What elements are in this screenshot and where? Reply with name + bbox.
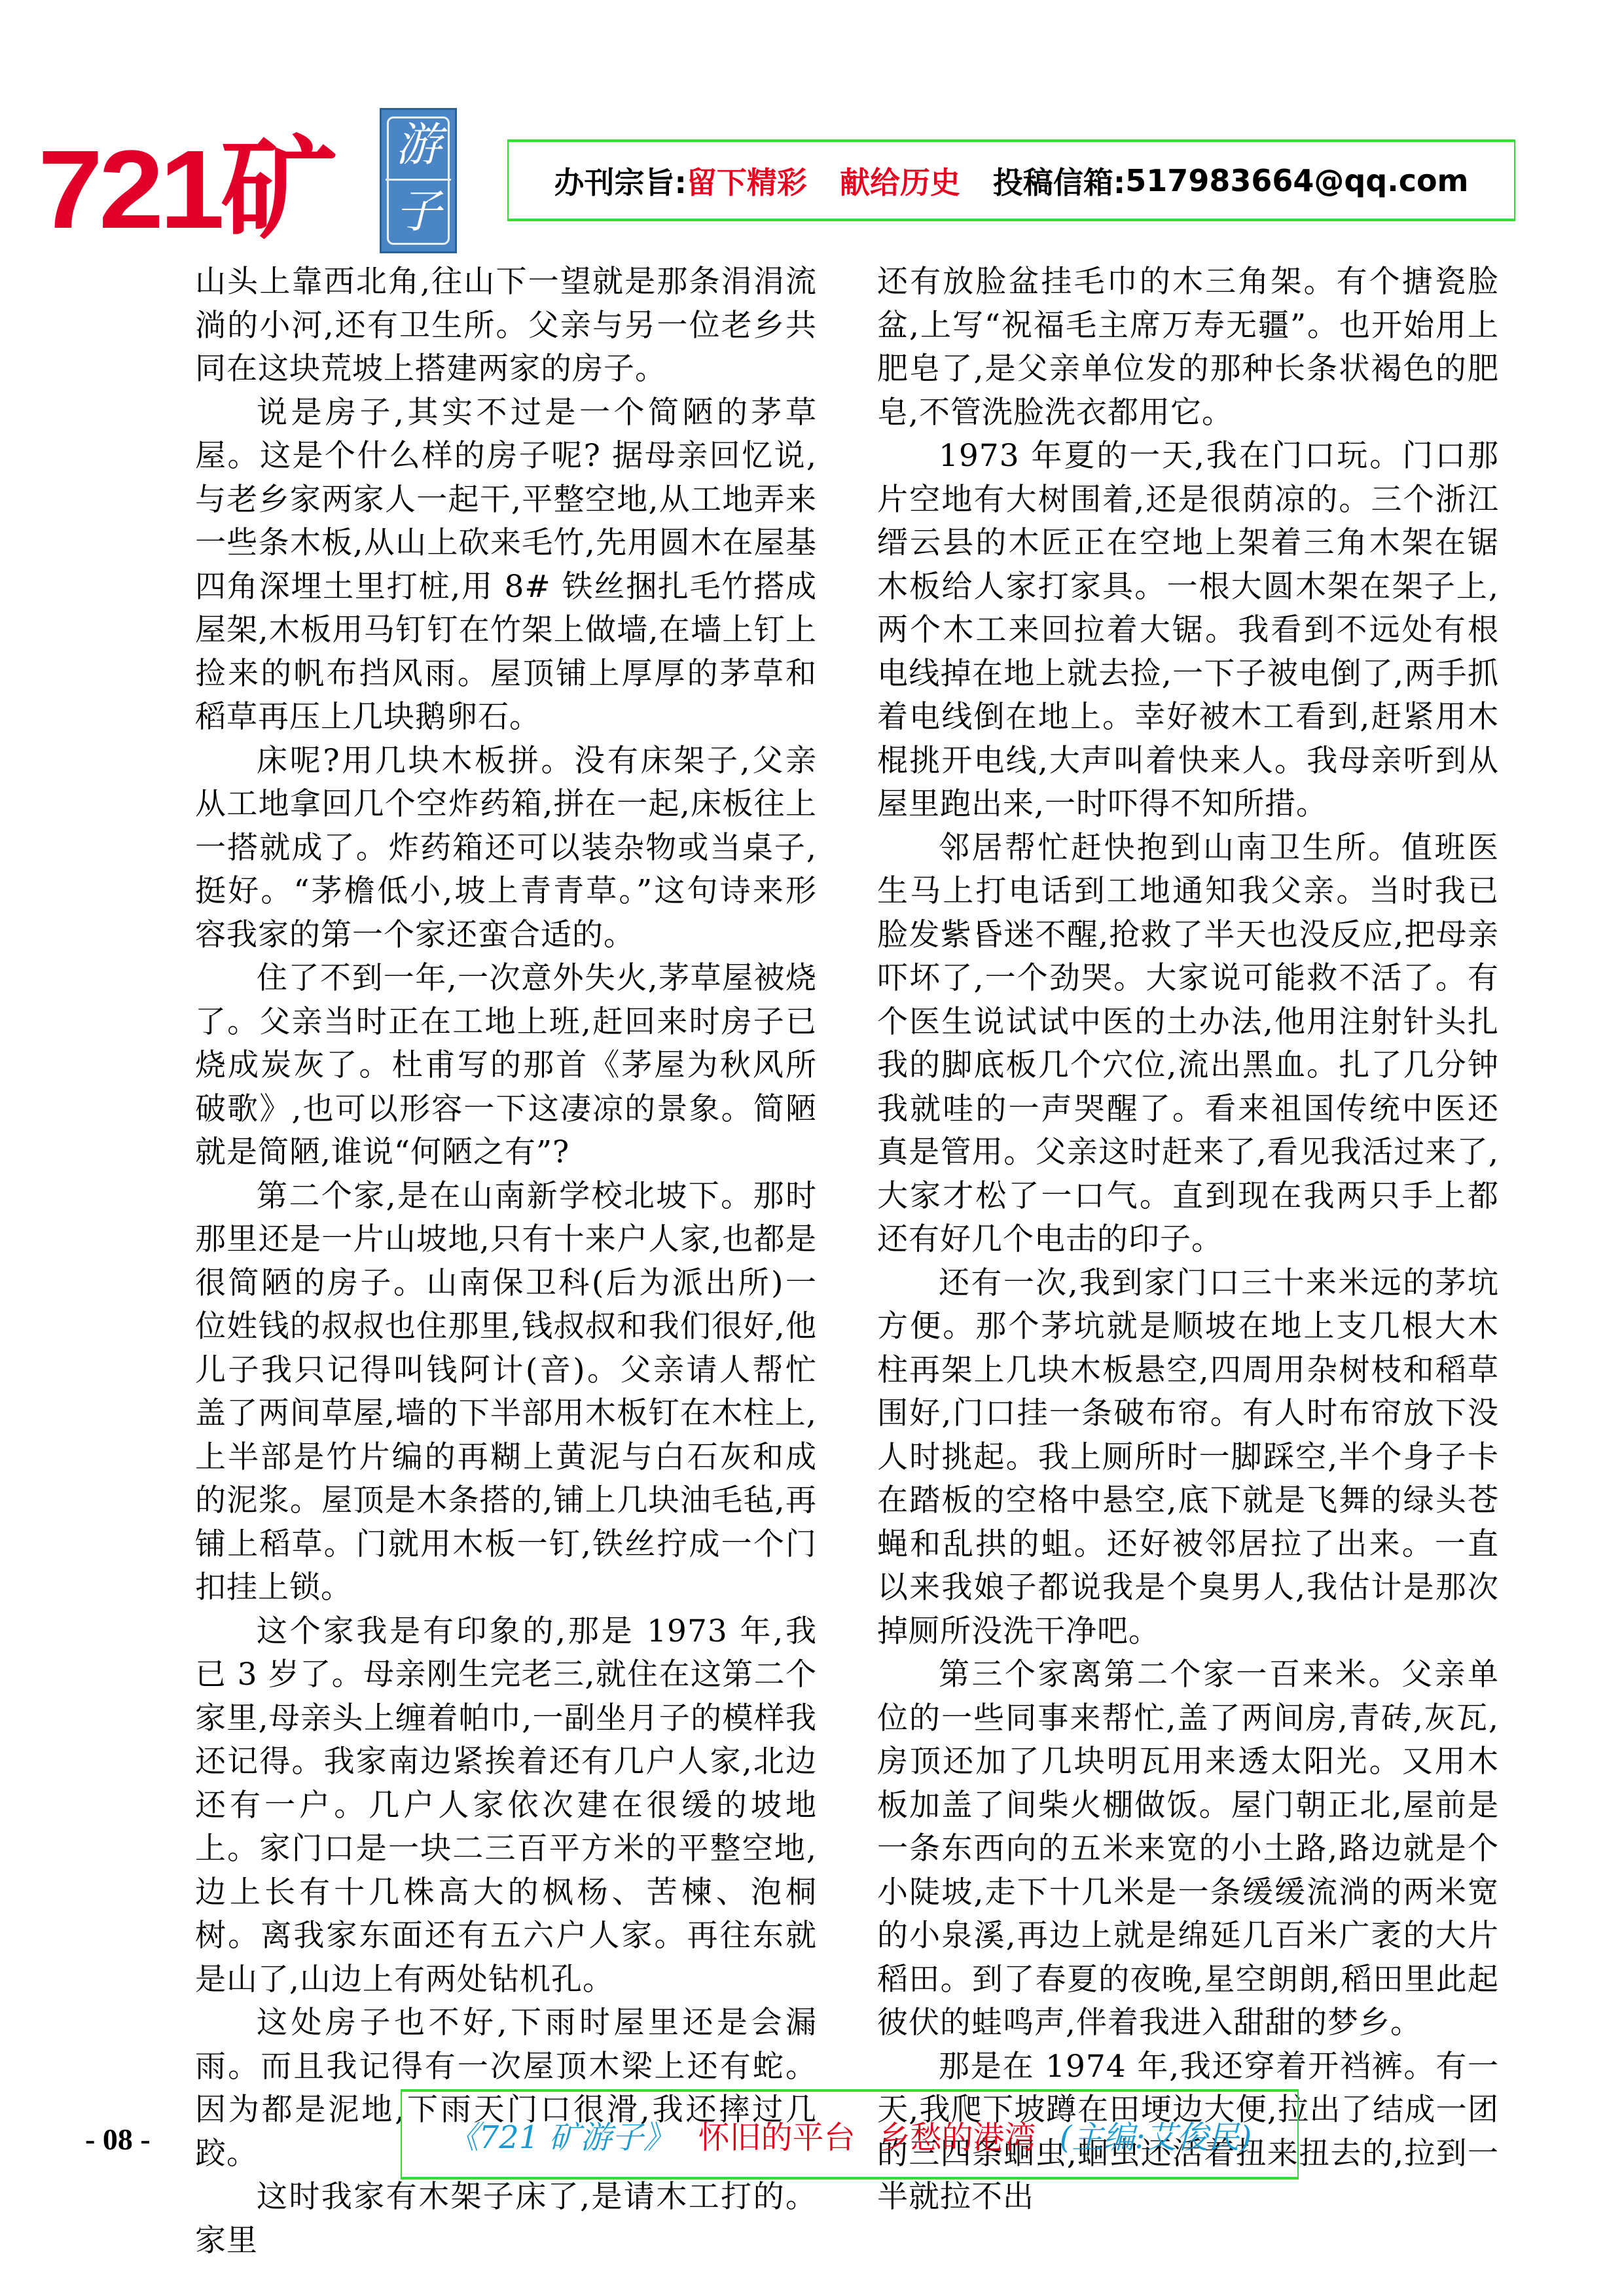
motto-label: 办刊宗旨:	[554, 159, 686, 202]
article-left-column: 山头上靠西北角,往山下一望就是那条涓涓流淌的小河,还有卫生所。父亲与另一位老乡共…	[195, 260, 817, 2263]
article-right-column: 还有放脸盆挂毛巾的木三角架。有个搪瓷脸盆,上写“祝福毛主席万寿无疆”。也开始用上…	[877, 260, 1499, 2219]
paragraph: 还有放脸盆挂毛巾的木三角架。有个搪瓷脸盆,上写“祝福毛主席万寿无疆”。也开始用上…	[877, 260, 1499, 435]
paragraph: 床呢?用几块木板拼。没有床架子,父亲从工地拿回几个空炸药箱,拼在一起,床板往上一…	[195, 740, 817, 958]
motto-part2: 献给历史	[840, 159, 960, 202]
footer-slogan-1: 怀旧的平台	[698, 2112, 856, 2157]
paragraph: 住了不到一年,一次意外失火,茅草屋被烧了。父亲当时正在工地上班,赶回来时房子已烧…	[195, 957, 817, 1175]
magazine-logo: 721矿	[38, 134, 333, 245]
header-banner: 办刊宗旨: 留下精彩 献给历史 投稿信箱: 517983664@qq.com	[507, 139, 1515, 221]
footer-title: 《721 矿游子》	[448, 2112, 675, 2157]
motto-part1: 留下精彩	[687, 159, 807, 202]
paragraph: 山头上靠西北角,往山下一望就是那条涓涓流淌的小河,还有卫生所。父亲与另一位老乡共…	[195, 260, 817, 391]
page-number: - 08 -	[85, 2122, 151, 2157]
paragraph: 1973 年夏的一天,我在门口玩。门口那片空地有大树围着,还是很荫凉的。三个浙江…	[877, 435, 1499, 827]
paragraph: 还有一次,我到家门口三十来米远的茅坑方便。那个茅坑就是顺坡在地上支几根大木柱再架…	[877, 1262, 1499, 1654]
footer-slogan-2: 乡愁的港湾	[879, 2112, 1036, 2157]
email-label: 投稿信箱:	[993, 159, 1125, 202]
footer-editor: (主编:艾俊民)	[1060, 2112, 1252, 2157]
paragraph: 这时我家有木架子床了,是请木工打的。家里	[195, 2176, 817, 2263]
seal-char-top: 游	[382, 115, 455, 174]
paragraph: 第三个家离第二个家一百来米。父亲单位的一些同事来帮忙,盖了两间房,青砖,灰瓦,房…	[877, 1653, 1499, 2045]
footer-banner: 《721 矿游子》 怀旧的平台 乡愁的港湾 (主编:艾俊民)	[401, 2089, 1299, 2179]
paragraph: 说是房子,其实不过是一个简陋的茅草屋。这是个什么样的房子呢? 据母亲回忆说,与老…	[195, 391, 817, 740]
seal-logo: 游 子	[380, 108, 457, 253]
seal-divider	[386, 179, 451, 181]
paragraph: 第二个家,是在山南新学校北坡下。那时那里还是一片山坡地,只有十来户人家,也都是很…	[195, 1175, 817, 1610]
paragraph: 这个家我是有印象的,那是 1973 年,我已 3 岁了。母亲刚生完老三,就住在这…	[195, 1610, 817, 2002]
seal-char-bottom: 子	[382, 182, 455, 241]
email-address: 517983664@qq.com	[1125, 163, 1468, 198]
paragraph: 邻居帮忙赶快抱到山南卫生所。值班医生马上打电话到工地通知我父亲。当时我已脸发紫昏…	[877, 827, 1499, 1262]
